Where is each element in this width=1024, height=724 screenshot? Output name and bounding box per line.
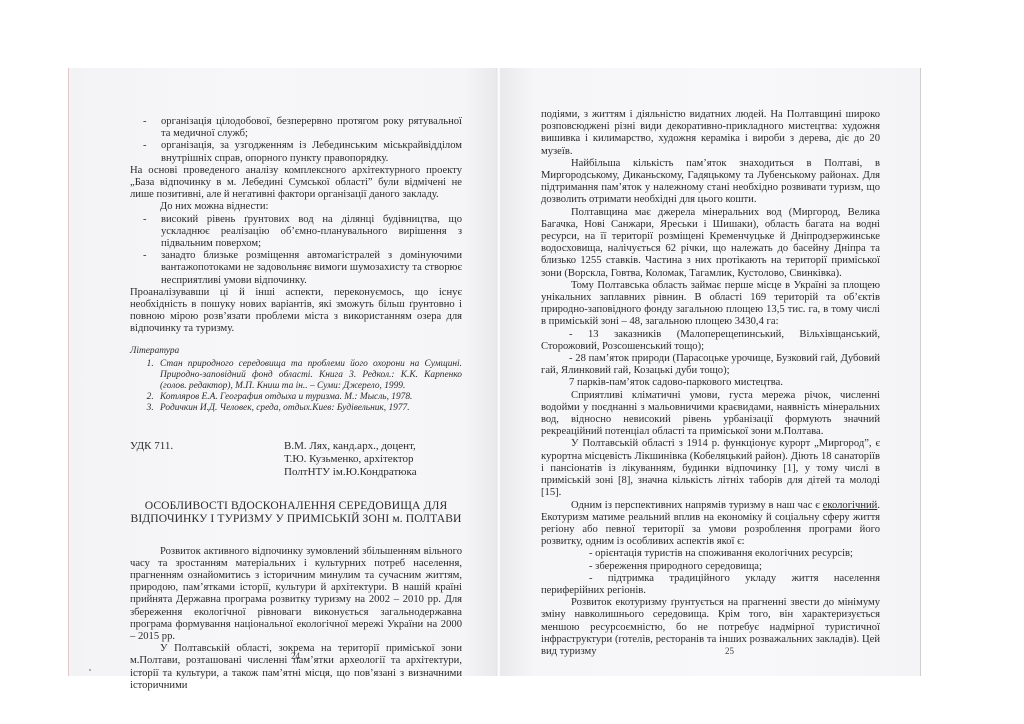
page-number: 25 bbox=[725, 646, 734, 656]
article-title-line: ВІДПОЧИНКУ І ТУРИЗМУ У ПРИМІСЬКІЙ ЗОНІ м… bbox=[130, 512, 462, 526]
list-item: - збереження природного середовища; bbox=[541, 561, 880, 573]
article-title-line: ОСОБЛИВОСТІ ВДОСКОНАЛЕННЯ СЕРЕДОВИЩА ДЛЯ bbox=[130, 499, 462, 513]
right-page-text: подіями, з життям і діяльністю видатних … bbox=[541, 109, 880, 658]
author-line: Т.Ю. Кузьменко, архітектор bbox=[284, 453, 462, 466]
text-run: Одним із перспективних напрямів туризму … bbox=[571, 500, 823, 511]
literature-heading: Література bbox=[130, 346, 462, 357]
scan-speck bbox=[89, 669, 91, 671]
list-item: - підтримка традиційного укладу життя на… bbox=[541, 573, 880, 597]
left-page: організація цілодобової, безперервно про… bbox=[68, 68, 499, 676]
literature-item: Стан природного середовища та проблеми й… bbox=[156, 359, 462, 392]
literature-item: Родичкин И.Д. Человек, среда, отдых.Киев… bbox=[156, 403, 462, 414]
bullet-item: високий рівень ґрунтових вод на ділянці … bbox=[130, 214, 462, 251]
bullet-item: організація, за узгодженням із Лебединсь… bbox=[130, 140, 462, 164]
literature-item: Котляров Е.А. География отдыха и туризма… bbox=[156, 392, 462, 403]
bullet-item: занадто близьке розміщення автомагістрал… bbox=[130, 250, 462, 287]
author-line: ПолтНТУ ім.Ю.Кондратюка bbox=[284, 466, 462, 479]
paragraph: На основі проведеного аналізу комплексно… bbox=[130, 165, 462, 202]
underlined-term: екологічний bbox=[823, 500, 878, 511]
udk-code: УДК 711. bbox=[130, 440, 284, 479]
right-page: подіями, з життям і діяльністю видатних … bbox=[500, 68, 921, 676]
page-number: 24 bbox=[291, 651, 300, 661]
paragraph: У Полтавській області з 1914 р. функціон… bbox=[541, 438, 880, 499]
bullet-item: організація цілодобової, безперервно про… bbox=[130, 116, 462, 140]
paragraph: подіями, з життям і діяльністю видатних … bbox=[541, 109, 880, 158]
left-page-text: організація цілодобової, безперервно про… bbox=[130, 116, 462, 692]
list-item: - 28 пам’яток природи (Парасоцьке урочищ… bbox=[541, 353, 880, 377]
author-line: В.М. Лях, канд.арх., доцент, bbox=[284, 440, 462, 453]
list-item: - 13 заказників (Малоперещепинський, Віл… bbox=[541, 329, 880, 353]
list-item: - орієнтація туристів на споживання екол… bbox=[541, 548, 880, 560]
list-item: 7 парків-пам’яток садово-паркового мисте… bbox=[541, 377, 880, 389]
paragraph: Тому Полтавська область займає перше міс… bbox=[541, 280, 880, 329]
paragraph: До них можна віднести: bbox=[130, 201, 462, 213]
authors-block: В.М. Лях, канд.арх., доцент, Т.Ю. Кузьме… bbox=[284, 440, 462, 479]
paragraph: Одним із перспективних напрямів туризму … bbox=[541, 500, 880, 549]
article-title: ОСОБЛИВОСТІ ВДОСКОНАЛЕННЯ СЕРЕДОВИЩА ДЛЯ… bbox=[130, 499, 462, 526]
scanned-book-spread: організація цілодобової, безперервно про… bbox=[0, 0, 1024, 724]
paragraph: Розвиток активного відпочинку зумовлений… bbox=[130, 546, 462, 644]
literature-list: Стан природного середовища та проблеми й… bbox=[130, 359, 462, 414]
paragraph: Полтавщина має джерела мінеральних вод (… bbox=[541, 207, 880, 280]
paragraph: Найбільша кількість пам’яток знаходиться… bbox=[541, 158, 880, 207]
paragraph: Розвиток екотуризму ґрунтується на прагн… bbox=[541, 597, 880, 658]
article-header: УДК 711. В.М. Лях, канд.арх., доцент, Т.… bbox=[130, 440, 462, 479]
paragraph: Проаналізувавши ці й інші аспекти, перек… bbox=[130, 287, 462, 336]
paragraph: Сприятливі кліматичні умови, густа мереж… bbox=[541, 390, 880, 439]
